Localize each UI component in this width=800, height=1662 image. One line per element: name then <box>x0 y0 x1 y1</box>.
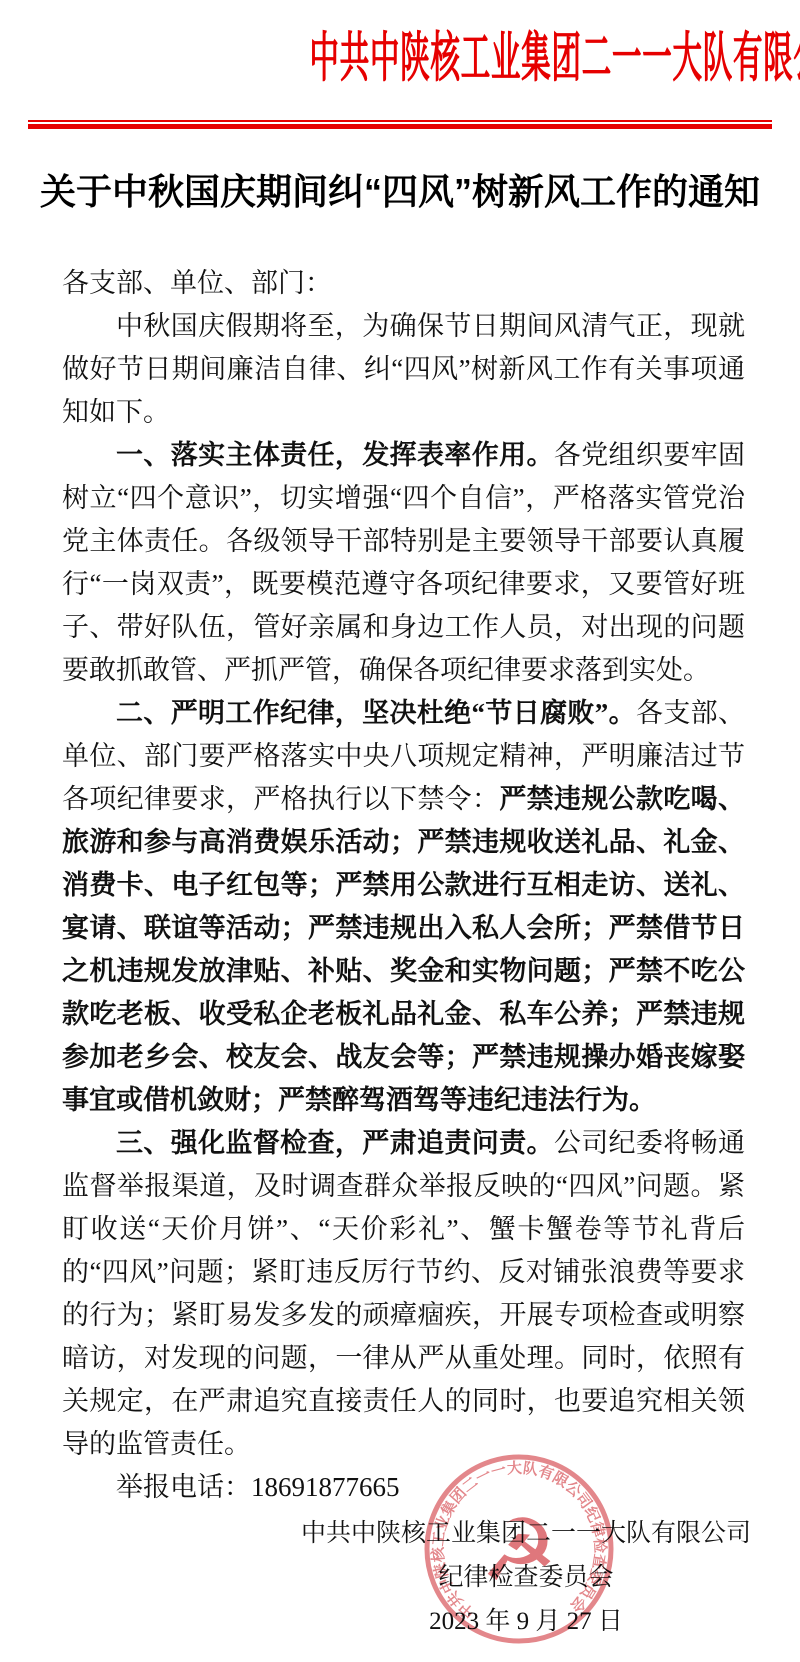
letterhead-rule-thick <box>28 124 772 129</box>
paragraph: 中秋国庆假期将至，为确保节日期间风清气正，现就做好节日期间廉洁自律、纠“四风”树… <box>62 305 745 434</box>
letterhead: 中共中陕核工业集团二一一大队有限公司纪律检查委员会 <box>0 0 800 120</box>
paragraph: 二、严明工作纪律，坚决杜绝“节日腐败”。各支部、单位、部门要严格落实中央八项规定… <box>62 692 745 1122</box>
letterhead-rule <box>28 120 772 129</box>
paragraph: 一、落实主体责任，发挥表率作用。各党组织要牢固树立“四个意识”，切实增强“四个自… <box>62 434 745 692</box>
paragraph-run-bold: 二、严明工作纪律，坚决杜绝“节日腐败”。 <box>116 698 636 728</box>
paragraph-run: 公司纪委将畅通监督举报渠道，及时调查群众举报反映的“四风”问题。紧盯收送“天价月… <box>62 1128 745 1459</box>
paragraph-run-bold: 严禁违规公款吃喝、旅游和参与高消费娱乐活动；严禁违规收送礼品、礼金、消费卡、电子… <box>62 784 745 1115</box>
signature-org-line2: 纪律检查委员会 <box>300 1556 752 1600</box>
paragraph: 三、强化监督检查，严肃追责问责。公司纪委将畅通监督举报渠道，及时调查群众举报反映… <box>62 1122 745 1466</box>
document-title: 关于中秋国庆期间纠“四风”树新风工作的通知 <box>20 171 780 212</box>
paragraph-run: 中秋国庆假期将至，为确保节日期间风清气正，现就做好节日期间廉洁自律、纠“四风”树… <box>62 311 745 427</box>
paragraph-run: 各党组织要牢固树立“四个意识”，切实增强“四个自信”，严格落实管党治党主体责任。… <box>62 440 745 685</box>
document-body: 各支部、单位、部门： 中秋国庆假期将至，为确保节日期间风清气正，现就做好节日期间… <box>62 262 745 1509</box>
paragraph: 举报电话：18691877665 <box>62 1466 745 1509</box>
salutation: 各支部、单位、部门： <box>62 262 745 305</box>
signature-org-line1: 中共中陕核工业集团二一一大队有限公司 <box>300 1512 752 1556</box>
paragraph-run-bold: 一、落实主体责任，发挥表率作用。 <box>116 440 554 470</box>
body-paragraphs: 中秋国庆假期将至，为确保节日期间风清气正，现就做好节日期间廉洁自律、纠“四风”树… <box>62 305 745 1509</box>
document-page: 中共中陕核工业集团二一一大队有限公司纪律检查委员会 关于中秋国庆期间纠“四风”树… <box>0 0 800 1662</box>
paragraph-run: 举报电话：18691877665 <box>116 1472 400 1502</box>
signature-date: 2023 年 9 月 27 日 <box>300 1600 752 1644</box>
signature-block: 中共中陕核工业集团二一一大队有限公司 纪律检查委员会 2023 年 9 月 27… <box>300 1512 752 1644</box>
paragraph-run-bold: 三、强化监督检查，严肃追责问责。 <box>116 1128 554 1158</box>
letterhead-org-title: 中共中陕核工业集团二一一大队有限公司纪律检查委员会 <box>309 28 800 88</box>
